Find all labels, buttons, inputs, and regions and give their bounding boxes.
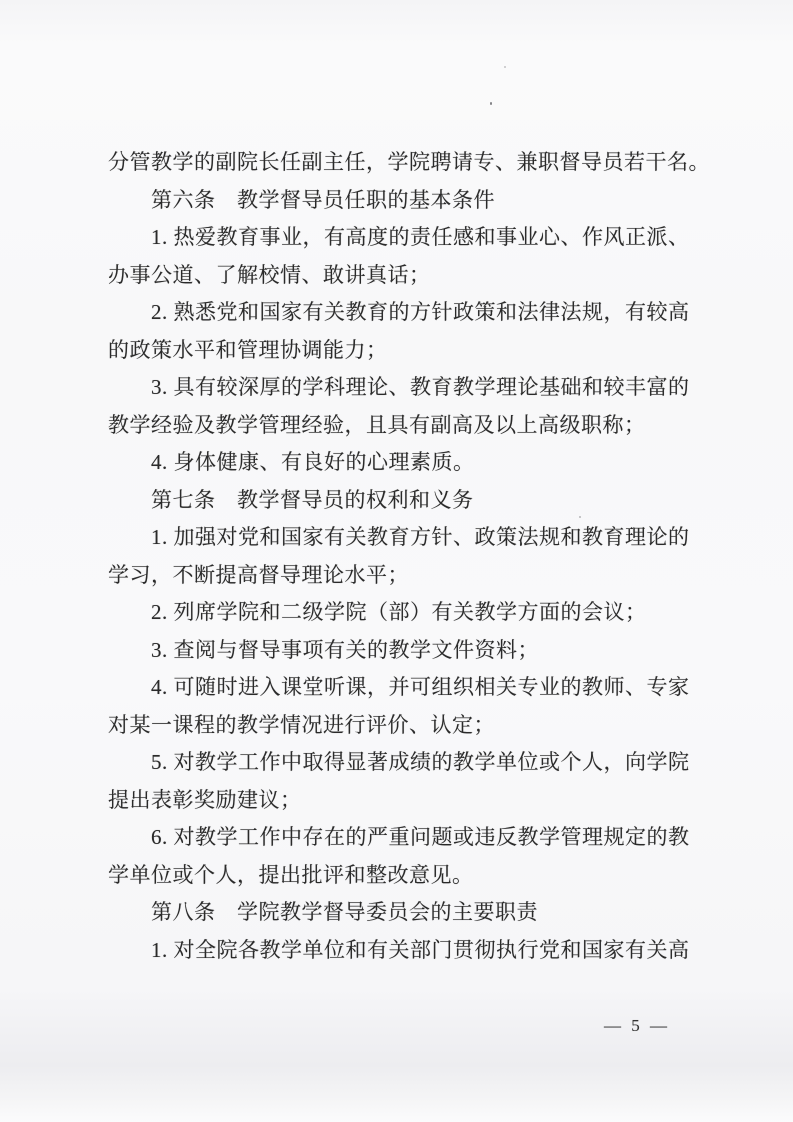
scan-speck (490, 102, 492, 105)
text-line: 办事公道、了解校情、敢讲真话； (108, 257, 707, 295)
text-line: 学习，不断提高督导理论水平； (108, 557, 707, 595)
scanned-document-page: 分管教学的副院长任副主任，学院聘请专、兼职督导员若干名。第六条 教学督导员任职的… (0, 0, 793, 1122)
text-line: 第六条 教学督导员任职的基本条件 (108, 182, 707, 220)
text-line: 2. 熟悉党和国家有关教育的方针政策和法律法规，有较高 (108, 294, 707, 332)
text-line: 的政策水平和管理协调能力； (108, 332, 707, 370)
text-line: 1. 加强对党和国家有关教育方针、政策法规和教育理论的 (108, 519, 707, 557)
document-body: 分管教学的副院长任副主任，学院聘请专、兼职督导员若干名。第六条 教学督导员任职的… (108, 144, 707, 969)
scan-speck (579, 516, 581, 518)
text-line: 6. 对教学工作中存在的严重问题或违反教学管理规定的教 (108, 819, 707, 857)
text-line: 教学经验及教学管理经验，且具有副高及以上高级职称； (108, 407, 707, 445)
text-line: 5. 对教学工作中取得显著成绩的教学单位或个人，向学院 (108, 744, 707, 782)
text-line: 4. 身体健康、有良好的心理素质。 (108, 444, 707, 482)
text-line: 对某一课程的教学情况进行评价、认定； (108, 707, 707, 745)
scan-speck (504, 66, 506, 68)
text-line: 分管教学的副院长任副主任，学院聘请专、兼职督导员若干名。 (108, 144, 707, 182)
text-line: 学单位或个人，提出批评和整改意见。 (108, 857, 707, 895)
text-line: 4. 可随时进入课堂听课，并可组织相关专业的教师、专家 (108, 669, 707, 707)
text-line: 1. 热爱教育事业，有高度的责任感和事业心、作风正派、 (108, 219, 707, 257)
text-line: 2. 列席学院和二级学院（部）有关教学方面的会议； (108, 594, 707, 632)
text-line: 提出表彰奖励建议； (108, 782, 707, 820)
text-line: 1. 对全院各教学单位和有关部门贯彻执行党和国家有关高 (108, 932, 707, 970)
page-number: — 5 — (604, 1016, 670, 1036)
text-line: 第七条 教学督导员的权利和义务 (108, 482, 707, 520)
text-line: 第八条 学院教学督导委员会的主要职责 (108, 894, 707, 932)
text-line: 3. 查阅与督导事项有关的教学文件资料； (108, 632, 707, 670)
text-line: 3. 具有较深厚的学科理论、教育教学理论基础和较丰富的 (108, 369, 707, 407)
